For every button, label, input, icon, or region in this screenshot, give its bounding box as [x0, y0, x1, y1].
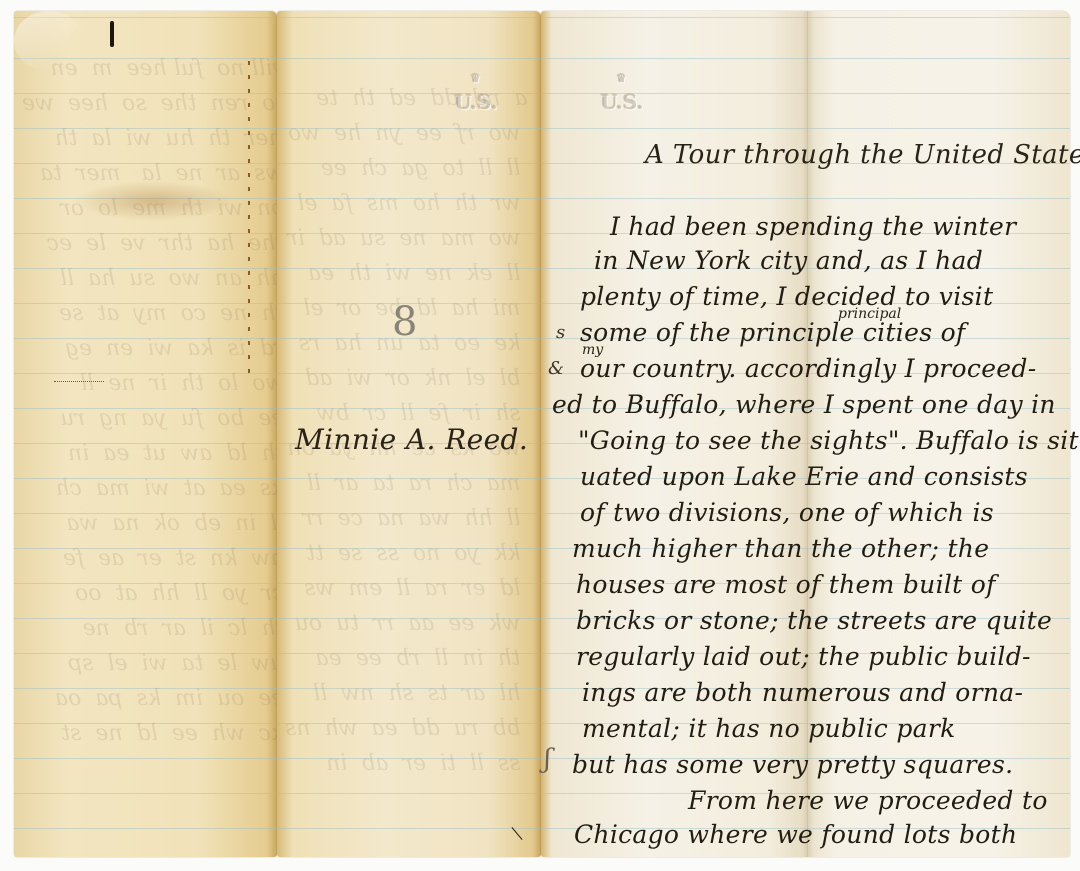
- emboss-crown-icon: ♛: [591, 71, 653, 87]
- essay-line: From here we proceeded to: [688, 786, 1048, 815]
- essay-title: A Tour through the United States.: [645, 140, 1080, 170]
- essay-line: bricks or stone; the streets are quite: [576, 606, 1052, 635]
- essay-line: mental; it has no public park: [582, 714, 956, 743]
- margin-mark-ampersand: &: [548, 358, 564, 379]
- essay-line: in New York city and, as I had: [594, 246, 983, 275]
- embossed-stamp: ♛ U.S.: [591, 71, 653, 123]
- essay-line: plenty of time, I decided to visit: [580, 282, 993, 311]
- essay-line: of two divisions, one of which is: [580, 498, 994, 527]
- essay-line: but has some very pretty squares.: [572, 750, 1013, 779]
- page-2-cover: ♛ U.S. a nd dd ed th te wo rf ee yn he w…: [277, 11, 541, 857]
- essay-line: Chicago where we found lots both: [574, 820, 1017, 849]
- emboss-text: U.S.: [600, 90, 643, 114]
- author-signature: Minnie A. Reed.: [295, 423, 528, 456]
- essay-line: houses are most of them built of: [576, 570, 996, 599]
- essay-line: I had been spending the winter: [610, 212, 1016, 241]
- essay-line: some of the principle cities of: [580, 318, 965, 347]
- page-1-reverse: will no ful hee m en to ren the so hee w…: [14, 11, 277, 857]
- essay-line: ings are both numerous and orna-: [582, 678, 1023, 707]
- margin-mark-bracket: ʃ: [544, 744, 551, 774]
- pencil-page-number: 8: [392, 299, 417, 345]
- essay-line: our country. accordingly I proceed-: [580, 354, 1036, 383]
- show-through-text: will no ful hee m en to ren the so hee w…: [22, 51, 277, 751]
- essay-line: uated upon Lake Erie and consists: [580, 462, 1028, 491]
- ink-mark: [110, 21, 114, 47]
- essay-line: regularly laid out; the public build-: [576, 642, 1031, 671]
- essay-line: "Going to see the sights". Buffalo is si…: [578, 426, 1080, 455]
- margin-mark-s: s: [556, 322, 565, 343]
- essay-line: much higher than the other; the: [572, 534, 989, 563]
- essay-line: ed to Buffalo, where I spent one day in: [552, 390, 1056, 419]
